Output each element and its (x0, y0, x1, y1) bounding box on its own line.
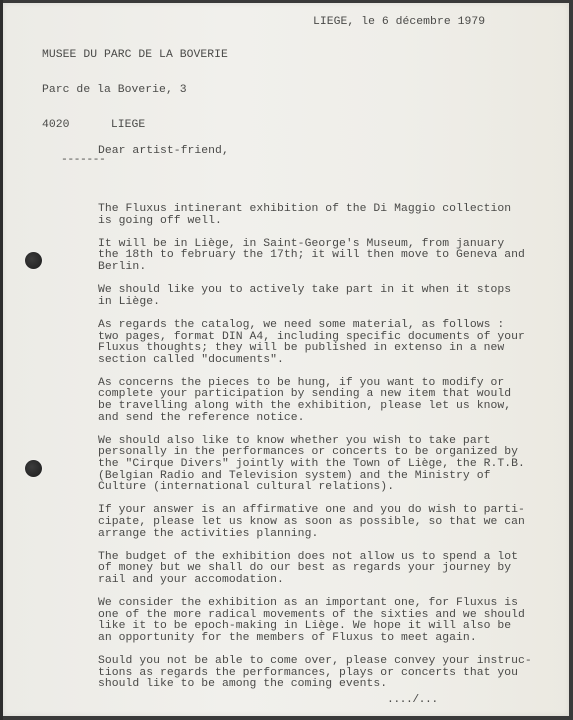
continuation-mark: ..../... (387, 695, 438, 707)
salutation: Dear artist-friend, (98, 146, 532, 158)
paragraph-line: and send the reference notice. (98, 413, 532, 425)
paragraph: As concerns the pieces to be hung, if yo… (98, 378, 532, 424)
paragraph-line: is going off well. (98, 216, 532, 228)
paragraph-line: The Fluxus intinerant exhibition of the … (98, 204, 532, 216)
letter-page: LIEGE, le 6 décembre 1979 MUSEE DU PARC … (3, 3, 569, 716)
paragraph-line: Berlin. (98, 262, 532, 274)
paragraph-line: be travelling along with the exhibition,… (98, 401, 532, 413)
paragraphs: The Fluxus intinerant exhibition of the … (98, 204, 532, 691)
paragraph: Sould you not be able to come over, plea… (98, 656, 532, 691)
paragraph-line: rail and your accomodation. (98, 575, 532, 587)
dateline: LIEGE, le 6 décembre 1979 (313, 17, 485, 29)
paragraph-line: cipate, please let us know as soon as po… (98, 517, 532, 529)
paragraph-line: As regards the catalog, we need some mat… (98, 320, 532, 332)
sender-line-street: Parc de la Boverie, 3 (42, 85, 228, 97)
paragraph-line: Sould you not be able to come over, plea… (98, 656, 532, 668)
paragraph-line: the "Cirque Divers" jointly with the Tow… (98, 459, 532, 471)
paragraph: If your answer is an affirmative one and… (98, 505, 532, 540)
paragraph-line: We should like you to actively take part… (98, 285, 532, 297)
paragraph-line: arrange the activities planning. (98, 529, 532, 541)
paragraph: As regards the catalog, we need some mat… (98, 320, 532, 366)
paragraph: It will be in Liège, in Saint-George's M… (98, 239, 532, 274)
punch-hole-icon (25, 460, 42, 477)
paragraph: We should also like to know whether you … (98, 436, 532, 494)
paragraph-line: the 18th to february the 17th; it will t… (98, 250, 532, 262)
paragraph: We should like you to actively take part… (98, 285, 532, 308)
paragraph-line: section called "documents". (98, 355, 532, 367)
paragraph: We consider the exhibition as an importa… (98, 598, 532, 644)
paragraph-line: Fluxus thoughts; they will be published … (98, 343, 532, 355)
paragraph: The budget of the exhibition does not al… (98, 552, 532, 587)
punch-hole-icon (25, 252, 42, 269)
sender-line-institution: MUSEE DU PARC DE LA BOVERIE (42, 50, 228, 62)
paragraph-line: We consider the exhibition as an importa… (98, 598, 532, 610)
letter-body: Dear artist-friend, The Fluxus intineran… (98, 123, 532, 720)
paragraph-line: Culture (international cultural relation… (98, 482, 532, 494)
paragraph: The Fluxus intinerant exhibition of the … (98, 204, 532, 227)
paragraph-line: in Liège. (98, 297, 532, 309)
paragraph-line: an opportunity for the members of Fluxus… (98, 633, 532, 645)
paragraph-line: should like to be among the coming event… (98, 679, 532, 691)
